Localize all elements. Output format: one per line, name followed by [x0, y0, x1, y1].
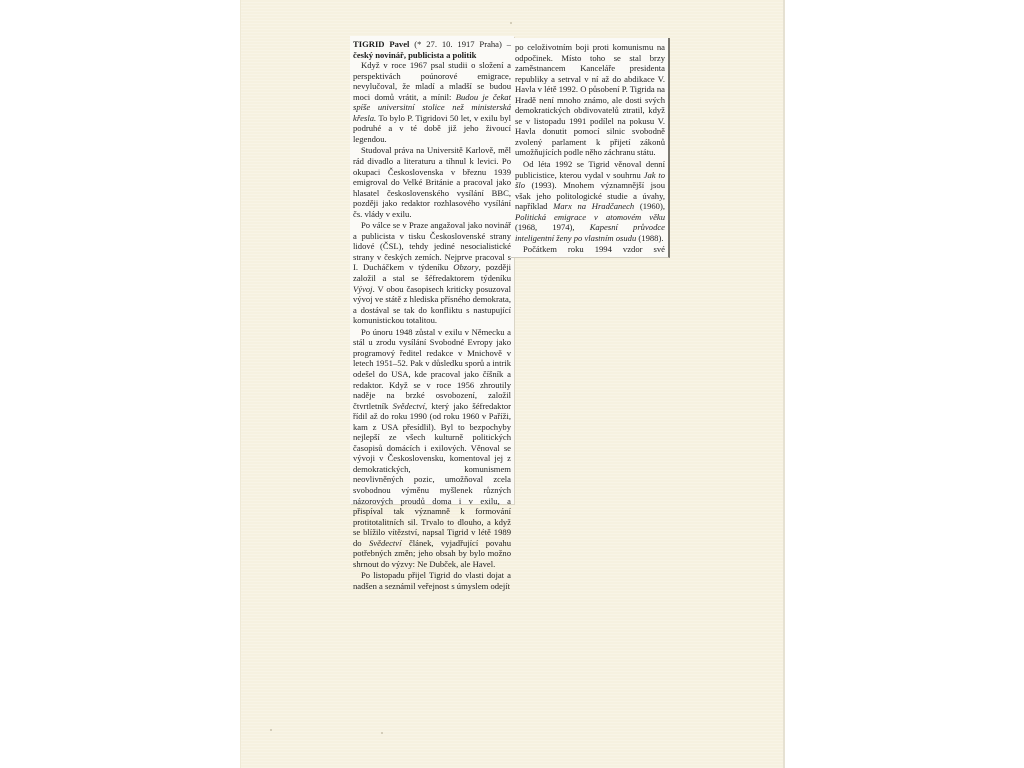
article-subject-name: TIGRID Pavel: [353, 39, 409, 49]
article-heading: TIGRID Pavel (* 27. 10. 1917 Praha) – če…: [353, 39, 511, 60]
newspaper-clipping-left-column: TIGRID Pavel (* 27. 10. 1917 Praha) – če…: [350, 36, 514, 504]
body-text: Po listopadu přijel Tigrid do vlasti doj…: [353, 570, 511, 591]
paper-speck: [381, 732, 383, 734]
body-text: po celoživotním boji proti komunismu na …: [515, 42, 665, 157]
italic-title-text: Svědectví: [369, 538, 401, 548]
left-column-paragraph: Po listopadu přijel Tigrid do vlasti doj…: [353, 570, 511, 591]
italic-title-text: Svědectví: [393, 401, 425, 411]
italic-title-text: Obzory: [453, 262, 478, 272]
body-text: To bylo P. Tigridovi 50 let, v exilu byl…: [353, 113, 511, 144]
body-text: (1968, 1974),: [515, 222, 590, 232]
body-text: . V obou časopisech kriticky posuzoval v…: [353, 284, 511, 326]
body-text: (1960),: [634, 201, 665, 211]
body-text: (1988).: [636, 233, 663, 243]
italic-title-text: Vývoj: [353, 284, 373, 294]
left-column-paragraph: Po válce se v Praze angažoval jako novin…: [353, 220, 511, 325]
body-text: , který jako šéfredaktor řídil až do rok…: [353, 401, 511, 548]
body-text: Studoval práva na Universitě Karlově, mě…: [353, 145, 511, 218]
left-column-paragraph: Po únoru 1948 zůstal v exilu v Německu a…: [353, 327, 511, 570]
right-column-paragraph: Počátkem roku 1994 vzdor své předpovědi …: [515, 244, 665, 258]
italic-title-text: Politická emigrace v atomovém věku: [515, 212, 665, 222]
left-column-paragraph: Když v roce 1967 psal studii o složení a…: [353, 60, 511, 144]
italic-title-text: Marx na Hradčanech: [553, 201, 634, 211]
left-column-paragraph: Studoval práva na Universitě Karlově, mě…: [353, 145, 511, 219]
paper-speck: [510, 22, 512, 24]
newspaper-clipping-right-column: po celoživotním boji proti komunismu na …: [511, 38, 670, 258]
body-text: Od léta 1992 se Tigrid věnoval denní pub…: [515, 159, 665, 180]
right-column-paragraph: po celoživotním boji proti komunismu na …: [515, 42, 665, 158]
left-column-body: Když v roce 1967 psal studii o složení a…: [353, 60, 511, 591]
body-text: Počátkem roku 1994 vzdor své předpovědi …: [515, 244, 665, 258]
right-column-body: po celoživotním boji proti komunismu na …: [515, 42, 665, 258]
right-column-paragraph: Od léta 1992 se Tigrid věnoval denní pub…: [515, 159, 665, 243]
article-subject-role: český novinář, publicista a politik: [353, 50, 476, 60]
paper-speck: [270, 729, 272, 731]
body-text: Po únoru 1948 zůstal v exilu v Německu a…: [353, 327, 511, 411]
article-subject-birth: (* 27. 10. 1917 Praha) –: [414, 39, 511, 49]
